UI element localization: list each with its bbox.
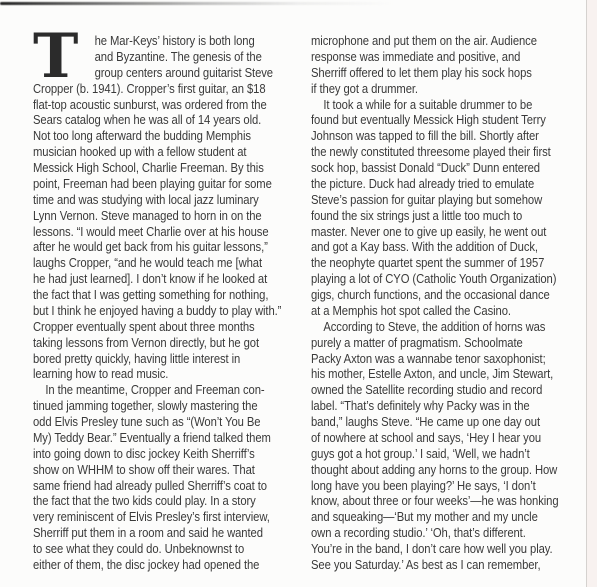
text-line: sock hop, bassist Donald “Duck” Dunn ent… (311, 160, 540, 176)
text-line: after he would get back from his guitar … (33, 239, 262, 255)
text-line: Lynn Vernon. Steve managed to horn in on… (33, 208, 262, 224)
text-line: the picture. Duck had already tried to e… (311, 176, 540, 192)
text-line: Not too long afterward the budding Memph… (33, 128, 262, 144)
text-line: but I think he enjoyed having a buddy to… (33, 303, 262, 319)
text-line: group centers around guitarist Steve (33, 65, 262, 81)
text-column-right: microphone and put them on the air. Audi… (311, 33, 571, 573)
text-line: his mother, Estelle Axton, and uncle, Ji… (311, 366, 540, 382)
text-line: Johnson was tapped to fill the bill. Sho… (311, 128, 540, 144)
text-line: know, about three or four weeks’—he was … (311, 493, 540, 509)
book-page: T he Mar-Keys’ history is both longand B… (0, 0, 597, 587)
article-body: T he Mar-Keys’ history is both longand B… (33, 33, 571, 573)
text-line: if they got a drummer. (311, 81, 540, 97)
text-line: response was immediate and positive, and (311, 49, 540, 65)
page-edge-strip (587, 0, 597, 587)
scan-artifact-top-line (0, 2, 480, 5)
text-line: It took a while for a suitable drummer t… (311, 97, 540, 113)
text-line: odd Elvis Presley tune such as “(Won’t Y… (33, 414, 262, 430)
text-line: very reminiscent of Elvis Presley’s firs… (33, 509, 262, 525)
text-line: and squeaking—‘But my mother and my uncl… (311, 509, 540, 525)
text-line: Sears catalog when he was all of 14 year… (33, 112, 262, 128)
text-line: Sherriff put them in a room and said he … (33, 525, 262, 541)
text-line: laughs Cropper, “and he would teach me [… (33, 255, 262, 271)
text-line: Steve’s passion for guitar playing but s… (311, 192, 540, 208)
text-line: he had just learned]. I don’t know if he… (33, 271, 262, 287)
text-line: and Byzantine. The genesis of the (33, 49, 262, 65)
text-column-left: T he Mar-Keys’ history is both longand B… (33, 33, 293, 573)
text-line: into going down to disc jockey Keith She… (33, 446, 262, 462)
text-line: gigs, church functions, and the occasion… (311, 287, 540, 303)
text-line: found the six strings just a little too … (311, 208, 540, 224)
text-line: of nowhere at school and says, ‘Hey I he… (311, 430, 540, 446)
text-line: time and was studying with local jazz lu… (33, 192, 262, 208)
text-line: tinued jamming together, slowly masterin… (33, 398, 262, 414)
text-line: own a recording studio.’ ‘Oh, that’s dif… (311, 525, 540, 541)
text-line: the fact that I was getting something fo… (33, 287, 262, 303)
text-line: band,” laughs Steve. “He came up one day… (311, 414, 540, 430)
text-line: same friend had already pulled Sherriff’… (33, 478, 262, 494)
text-line: long have you been playing?’ He says, ‘I… (311, 478, 540, 494)
text-line: master. Never one to give up easily, he … (311, 224, 540, 240)
text-line: at a Memphis hot spot called the Casino. (311, 303, 540, 319)
text-line: the neophyte quartet spent the summer of… (311, 255, 540, 271)
text-line: See you Saturday.’ As best as I can reme… (311, 557, 540, 573)
text-line: musician hooked up with a fellow student… (33, 144, 262, 160)
text-line: You’re in the band, I don’t care how wel… (311, 541, 540, 557)
text-line: show on WHHM to show off their wares. Th… (33, 462, 262, 478)
text-line: learning how to read music. (33, 366, 262, 382)
text-line: In the meantime, Cropper and Freeman con… (33, 382, 262, 398)
text-line: lessons. “I would meet Charlie over at h… (33, 224, 262, 240)
text-line: Messick High School, Charlie Freeman. By… (33, 160, 262, 176)
text-line: bored pretty quickly, having little inte… (33, 351, 262, 367)
text-line: owned the Satellite recording studio and… (311, 382, 540, 398)
text-line: playing a lot of CYO (Catholic Youth Org… (311, 271, 540, 287)
text-line: label. “That’s definitely why Packy was … (311, 398, 540, 414)
text-line: found but eventually Messick High studen… (311, 112, 540, 128)
text-line: Cropper (b. 1941). Cropper’s first guita… (33, 81, 262, 97)
text-line: the newly constituted threesome played t… (311, 144, 540, 160)
text-line: the fact that the two kids could play. I… (33, 493, 262, 509)
text-line: guys got a hot group.’ I said, ‘Well, we… (311, 446, 540, 462)
text-line: Packy Axton was a wannabe tenor saxophon… (311, 351, 540, 367)
text-line: and got a Kay bass. With the addition of… (311, 239, 540, 255)
text-line: thought about adding any horns to the gr… (311, 462, 540, 478)
text-line: taking lessons from Vernon directly, but… (33, 335, 262, 351)
text-line: point, Freeman had been playing guitar f… (33, 176, 262, 192)
text-line: microphone and put them on the air. Audi… (311, 33, 540, 49)
text-line: Cropper eventually spent about three mon… (33, 319, 262, 335)
text-line: to see what they could do. Unbeknownst t… (33, 541, 262, 557)
text-line: purely a matter of pragmatism. Schoolmat… (311, 335, 540, 351)
text-line: he Mar-Keys’ history is both long (33, 33, 262, 49)
text-line: Sherriff offered to let them play his so… (311, 65, 540, 81)
text-line: According to Steve, the addition of horn… (311, 319, 540, 335)
text-line: either of them, the disc jockey had open… (33, 557, 262, 573)
text-line: My) Teddy Bear.” Eventually a friend tal… (33, 430, 262, 446)
text-line: flat-top acoustic sunburst, was ordered … (33, 97, 262, 113)
